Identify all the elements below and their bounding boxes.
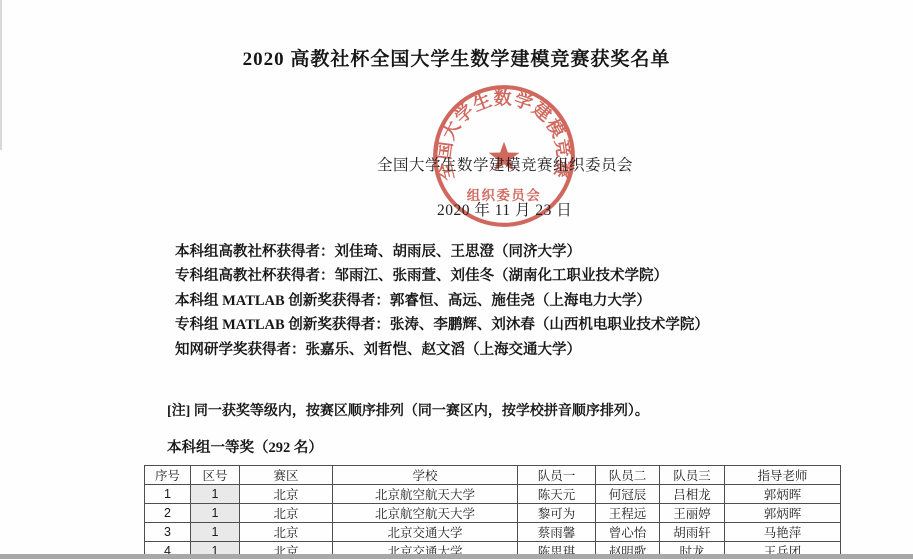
document-page: 2020 高教社杯全国大学生数学建模竞赛获奖名单 全国大学生数学建模竞赛 组织委… — [0, 0, 913, 559]
table-cell: 1 — [191, 504, 240, 523]
organization-name: 全国大学生数学建模竞赛组织委员会 — [377, 153, 633, 175]
column-header: 队员二 — [596, 466, 660, 485]
award-winners-table: 序号区号赛区学校队员一队员二队员三指导老师 11北京北京航空航天大学陈天元何冠辰… — [144, 465, 841, 559]
column-header: 学校 — [333, 466, 518, 485]
column-header: 区号 — [191, 466, 240, 485]
table-cell: 郭炳晖 — [725, 485, 841, 504]
table-cell: 胡雨轩 — [660, 523, 725, 542]
section-title-first-prize: 本科组一等奖（292 名） — [167, 436, 323, 457]
award-line: 本科组 MATLAB 创新奖获得者：郭睿恒、高远、施佳尧（上海电力大学） — [175, 289, 795, 313]
page-title: 2020 高教社杯全国大学生数学建模竞赛获奖名单 — [0, 44, 913, 71]
award-line: 专科组高教社杯获得者：邹雨江、张雨萱、刘佳冬（湖南化工职业技术学院） — [175, 264, 795, 288]
table-cell: 王程远 — [596, 504, 660, 523]
table-row: 21北京北京航空航天大学黎可为王程远王丽婷郭炳晖 — [145, 504, 841, 523]
table-cell: 北京 — [240, 523, 333, 542]
table-cell: 北京 — [240, 485, 333, 504]
table-cell: 2 — [145, 504, 191, 523]
table-cell: 马艳萍 — [725, 523, 841, 542]
column-header: 队员三 — [660, 466, 725, 485]
column-header: 指导老师 — [725, 466, 841, 485]
column-header: 赛区 — [240, 466, 333, 485]
award-line: 专科组 MATLAB 创新奖获得者：张涛、李鹏辉、刘沐春（山西机电职业技术学院） — [175, 313, 795, 337]
award-line: 知网研学奖获得者：张嘉乐、刘哲恺、赵文滔（上海交通大学） — [175, 338, 795, 362]
table-cell: 北京交通大学 — [333, 523, 518, 542]
award-line: 本科组高教社杯获得者：刘佳琦、胡雨辰、王思澄（同济大学） — [175, 240, 795, 264]
table-cell: 北京航空航天大学 — [333, 485, 518, 504]
table-cell: 郭炳晖 — [725, 504, 841, 523]
document-date: 2020 年 11 月 23 日 — [437, 198, 572, 220]
table-cell: 何冠辰 — [596, 485, 660, 504]
table-cell: 1 — [191, 485, 240, 504]
table-cell: 吕相龙 — [660, 485, 725, 504]
column-header: 队员一 — [518, 466, 596, 485]
table-row: 31北京北京交通大学蔡雨馨曾心怡胡雨轩马艳萍 — [145, 523, 841, 542]
table-cell: 王丽婷 — [660, 504, 725, 523]
table-cell: 黎可为 — [518, 504, 596, 523]
table-row: 11北京北京航空航天大学陈天元何冠辰吕相龙郭炳晖 — [145, 485, 841, 504]
column-header: 序号 — [145, 466, 191, 485]
table-header-row: 序号区号赛区学校队员一队员二队员三指导老师 — [145, 466, 841, 485]
ordering-note: [注] 同一获奖等级内，按赛区顺序排列（同一赛区内，按学校拼音顺序排列）。 — [167, 400, 649, 420]
table-cell: 曾心怡 — [596, 523, 660, 542]
page-edge-line — [0, 0, 2, 150]
table-cell: 1 — [145, 485, 191, 504]
table-cell: 北京航空航天大学 — [333, 504, 518, 523]
screenshot-bottom-band — [0, 554, 913, 559]
special-award-lines: 本科组高教社杯获得者：刘佳琦、胡雨辰、王思澄（同济大学）专科组高教社杯获得者：邹… — [175, 240, 795, 362]
table-cell: 北京 — [240, 504, 333, 523]
table-cell: 蔡雨馨 — [518, 523, 596, 542]
table-cell: 3 — [145, 523, 191, 542]
table-cell: 1 — [191, 523, 240, 542]
table-cell: 陈天元 — [518, 485, 596, 504]
